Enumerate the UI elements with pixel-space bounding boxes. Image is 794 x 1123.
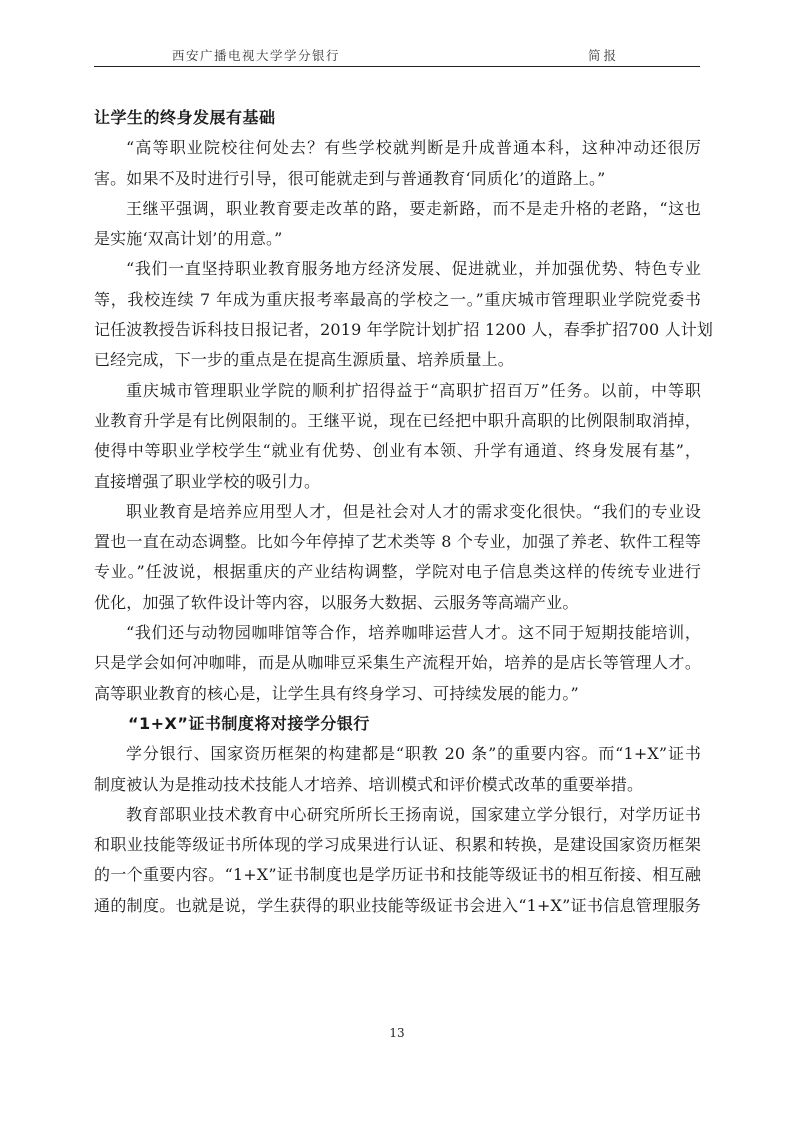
paragraph: 教育部职业技术教育中心研究所所长王扬南说，国家建立学分银行，对学历证书 和职业技… xyxy=(94,800,701,921)
text-line: “高等职业院校往何处去？有些学校就判断是升成普通本科，这种冲动还很厉 xyxy=(94,133,701,163)
text-line: 职业教育是培养应用型人才，但是社会对人才的需求变化很快。“我们的专业设 xyxy=(94,497,701,527)
text-line: 王继平强调，职业教育要走改革的路，要走新路，而不是走升格的老路，“这也 xyxy=(94,194,701,224)
text-line: 直接增强了职业学校的吸引力。 xyxy=(94,467,701,497)
paragraph: 职业教育是培养应用型人才，但是社会对人才的需求变化很快。“我们的专业设 置也一直… xyxy=(94,497,701,618)
header-institution-title: 西安广播电视大学学分银行 xyxy=(172,46,340,64)
page-header: 西安广播电视大学学分银行 简报 xyxy=(94,46,700,67)
text-line: 制度被认为是推动技术技能人才培养、培训模式和评价模式改革的重要举措。 xyxy=(94,770,701,800)
paragraph: 王继平强调，职业教育要走改革的路，要走新路，而不是走升格的老路，“这也 是实施‘… xyxy=(94,194,701,255)
text-line: “我们还与动物园咖啡馆等合作，培养咖啡运营人才。这不同于短期技能培训， xyxy=(94,618,701,648)
text-line: 的一个重要内容。“1+X”证书制度也是学历证书和技能等级证书的相互衔接、相互融 xyxy=(94,860,701,890)
text-line: 等，我校连续 7 年成为重庆报考率最高的学校之一。”重庆城市管理职业学院党委书 xyxy=(94,285,701,315)
paragraph: “高等职业院校往何处去？有些学校就判断是升成普通本科，这种冲动还很厉 害。如果不… xyxy=(94,133,701,194)
page-number: 13 xyxy=(0,1026,794,1040)
text-line: 高等职业教育的核心是，让学生具有终身学习、可持续发展的能力。” xyxy=(94,679,701,709)
paragraph: 学分银行、国家资历框架的构建都是“职教 20 条”的重要内容。而“1+X”证书 … xyxy=(94,739,701,800)
text-line: 专业。”任波说，根据重庆的产业结构调整，学院对电子信息类这样的传统专业进行 xyxy=(94,557,701,587)
text-line: 教育部职业技术教育中心研究所所长王扬南说，国家建立学分银行，对学历证书 xyxy=(94,800,701,830)
header-bulletin-label: 简报 xyxy=(588,46,619,64)
text-line: 重庆城市管理职业学院的顺利扩招得益于“高职扩招百万”任务。以前，中等职 xyxy=(94,376,701,406)
text-line: 已经完成，下一步的重点是在提高生源质量、培养质量上。 xyxy=(94,345,701,375)
section-heading: “1+X”证书制度将对接学分银行 xyxy=(94,709,701,739)
text-line: 和职业技能等级证书所体现的学习成果进行认证、积累和转换，是建设国家资历框架 xyxy=(94,830,701,860)
paragraph: “我们还与动物园咖啡馆等合作，培养咖啡运营人才。这不同于短期技能培训， 只是学会… xyxy=(94,618,701,709)
text-line: 优化，加强了软件设计等内容，以服务大数据、云服务等高端产业。 xyxy=(94,588,701,618)
text-line: 通的制度。也就是说，学生获得的职业技能等级证书会进入“1+X”证书信息管理服务 xyxy=(94,891,701,921)
text-line: “我们一直坚持职业教育服务地方经济发展、促进就业，并加强优势、特色专业 xyxy=(94,254,701,284)
text-line: 使得中等职业学校学生“就业有优势、创业有本领、升学有通道、终身发展有基”， xyxy=(94,436,701,466)
text-line: 置也一直在动态调整。比如今年停掉了艺术类等 8 个专业，加强了养老、软件工程等 xyxy=(94,527,701,557)
text-line: 业教育升学是有比例限制的。王继平说，现在已经把中职升高职的比例限制取消掉， xyxy=(94,406,701,436)
text-line: 记任波教授告诉科技日报记者，2019 年学院计划扩招 1200 人，春季扩招70… xyxy=(94,315,701,345)
text-line: 学分银行、国家资历框架的构建都是“职教 20 条”的重要内容。而“1+X”证书 xyxy=(94,739,701,769)
text-line: 只是学会如何冲咖啡，而是从咖啡豆采集生产流程开始，培养的是店长等管理人才。 xyxy=(94,648,701,678)
paragraph: “我们一直坚持职业教育服务地方经济发展、促进就业，并加强优势、特色专业 等，我校… xyxy=(94,254,701,375)
document-body: 让学生的终身发展有基础 “高等职业院校往何处去？有些学校就判断是升成普通本科，这… xyxy=(94,103,701,921)
paragraph: 重庆城市管理职业学院的顺利扩招得益于“高职扩招百万”任务。以前，中等职 业教育升… xyxy=(94,376,701,497)
section-heading: 让学生的终身发展有基础 xyxy=(94,103,701,133)
text-line: 害。如果不及时进行引导，很可能就走到与普通教育‘同质化’的道路上。” xyxy=(94,164,701,194)
text-line: 是实施‘双高计划’的用意。” xyxy=(94,224,701,254)
